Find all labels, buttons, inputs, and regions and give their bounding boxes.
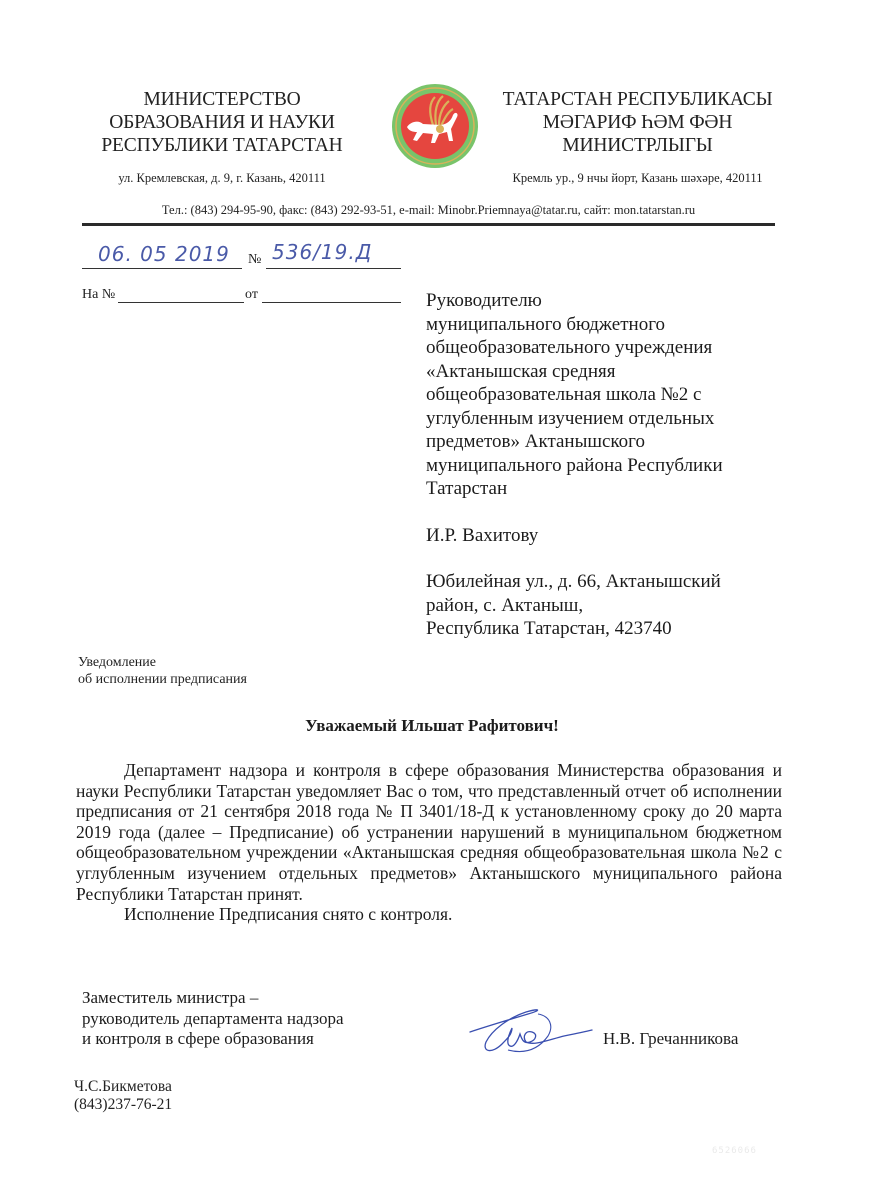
- ministry-name-tt-line-1: ТАТАРСТАН РЕСПУБЛИКАСЫ: [490, 88, 785, 111]
- executor-block: Ч.С.Бикметова (843)237-76-21: [74, 1078, 172, 1114]
- executor-phone: (843)237-76-21: [74, 1096, 172, 1114]
- addressee-line: общеобразовательная школа №2 с: [426, 383, 806, 407]
- subject-line: об исполнении предписания: [78, 671, 247, 688]
- addressee-line: общеобразовательного учреждения: [426, 336, 806, 360]
- coat-of-arms-emblem: [389, 81, 481, 171]
- addressee-line: Татарстан: [426, 477, 806, 501]
- ministry-name-tt-line-2: МӘГАРИФ ҺӘМ ФӘН: [490, 111, 785, 134]
- ministry-name-ru-line-1: МИНИСТЕРСТВО: [82, 88, 362, 111]
- ministry-name-tt-line-3: МИНИСТРЛЫГЫ: [490, 134, 785, 157]
- addressee-address-line: район, с. Актаныш,: [426, 594, 806, 618]
- addressee-line: муниципального района Республики: [426, 454, 806, 478]
- salutation: Уважаемый Ильшат Рафитович!: [82, 716, 782, 736]
- addressee-line: муниципального бюджетного: [426, 313, 806, 337]
- body-paragraph: Исполнение Предписания снято с контроля.: [76, 904, 782, 925]
- ministry-address-tt: Кремль ур., 9 нчы йорт, Казань шәхәре, 4…: [490, 171, 785, 186]
- addressee-line: предметов» Актанышского: [426, 430, 806, 454]
- letter-subject: Уведомление об исполнении предписания: [78, 654, 247, 688]
- registration-date: 06. 05 2019: [98, 242, 230, 266]
- letterhead-left: МИНИСТЕРСТВО ОБРАЗОВАНИЯ И НАУКИ РЕСПУБЛ…: [82, 88, 362, 186]
- position-line: и контроля в сфере образования: [82, 1029, 344, 1050]
- registration-number-label: №: [248, 252, 261, 268]
- registration-date-line: [82, 268, 242, 269]
- letterhead-right: ТАТАРСТАН РЕСПУБЛИКАСЫ МӘГАРИФ ҺӘМ ФӘН М…: [490, 88, 785, 186]
- signatory-name: Н.В. Гречанникова: [603, 1029, 738, 1050]
- addressee-line: Руководителю: [426, 289, 806, 313]
- body-paragraph: Департамент надзора и контроля в сфере о…: [76, 760, 782, 904]
- ministry-name-ru-line-2: ОБРАЗОВАНИЯ И НАУКИ: [82, 111, 362, 134]
- position-line: Заместитель министра –: [82, 988, 344, 1009]
- ministry-name-ru-line-3: РЕСПУБЛИКИ ТАТАРСТАН: [82, 134, 362, 157]
- letter-body: Департамент надзора и контроля в сфере о…: [76, 760, 782, 925]
- subject-line: Уведомление: [78, 654, 247, 671]
- addressee-block: Руководителю муниципального бюджетного о…: [426, 289, 806, 641]
- reply-date-line: [262, 302, 401, 303]
- signatory-position: Заместитель министра – руководитель депа…: [82, 988, 344, 1050]
- reply-number-label: На №: [82, 287, 115, 303]
- addressee-line: углубленным изучением отдельных: [426, 407, 806, 431]
- ministry-contacts: Тел.: (843) 294-95-90, факс: (843) 292-9…: [82, 203, 775, 218]
- addressee-line: «Актанышская средняя: [426, 360, 806, 384]
- addressee-name: И.Р. Вахитову: [426, 524, 806, 548]
- registration-number-line: [266, 268, 401, 269]
- executor-name: Ч.С.Бикметова: [74, 1078, 172, 1096]
- registration-number: 536/19.Д: [272, 240, 372, 264]
- addressee-address-line: Юбилейная ул., д. 66, Актанышский: [426, 570, 806, 594]
- reply-from-label: от: [245, 287, 258, 303]
- signature-icon: [468, 1006, 593, 1062]
- addressee-address-line: Республика Татарстан, 423740: [426, 617, 806, 641]
- document-serial: 6526066: [712, 1146, 757, 1156]
- tatarstan-coat-of-arms-icon: [389, 81, 481, 171]
- ministry-address-ru: ул. Кремлевская, д. 9, г. Казань, 420111: [82, 171, 362, 186]
- letterhead-divider: [82, 223, 775, 226]
- position-line: руководитель департамента надзора: [82, 1009, 344, 1030]
- reply-number-line: [118, 302, 244, 303]
- handwritten-signature: [468, 1006, 593, 1062]
